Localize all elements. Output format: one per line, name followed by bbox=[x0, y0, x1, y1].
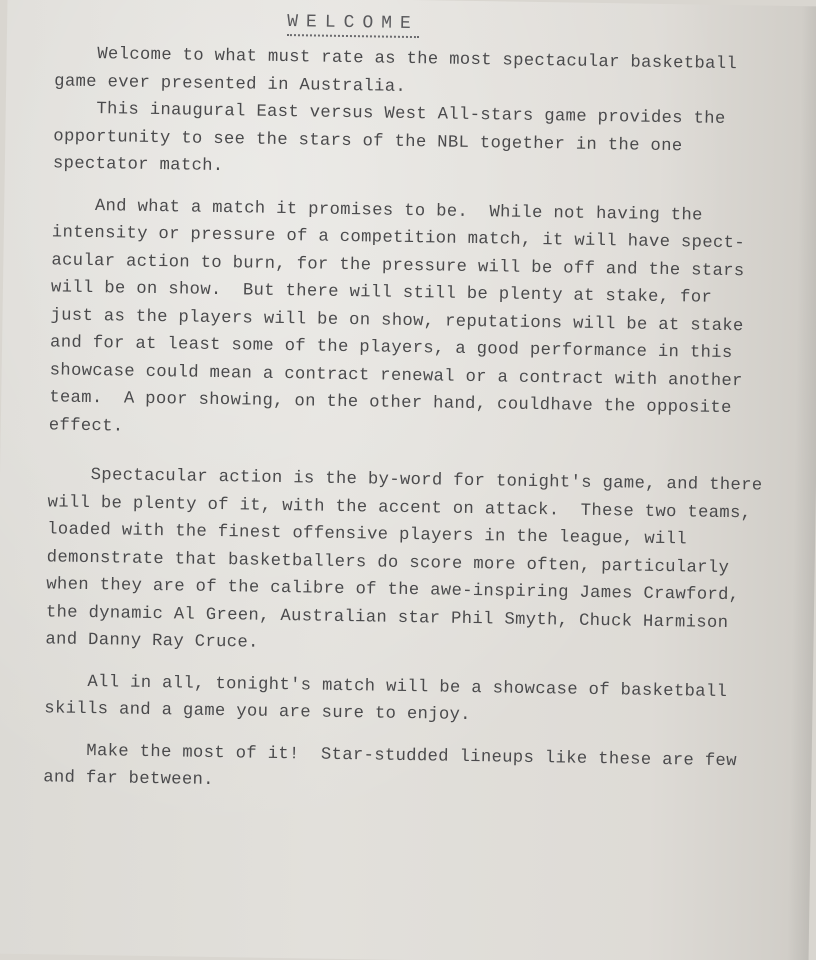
document-title: WELCOME bbox=[287, 12, 419, 38]
document-body: Welcome to what must rate as the most sp… bbox=[43, 40, 795, 803]
paragraph-6: Make the most of it! Star-studded lineup… bbox=[43, 737, 784, 804]
paragraph-5: All in all, tonight's match will be a sh… bbox=[44, 668, 785, 735]
paragraph-2: This inaugural East versus West All-star… bbox=[53, 95, 794, 189]
document-page: WELCOME Welcome to what must rate as the… bbox=[0, 0, 816, 960]
paragraph-3: And what a match it promises to be. Whil… bbox=[49, 192, 793, 451]
paragraph-4: Spectacular action is the by-word for to… bbox=[45, 461, 788, 665]
